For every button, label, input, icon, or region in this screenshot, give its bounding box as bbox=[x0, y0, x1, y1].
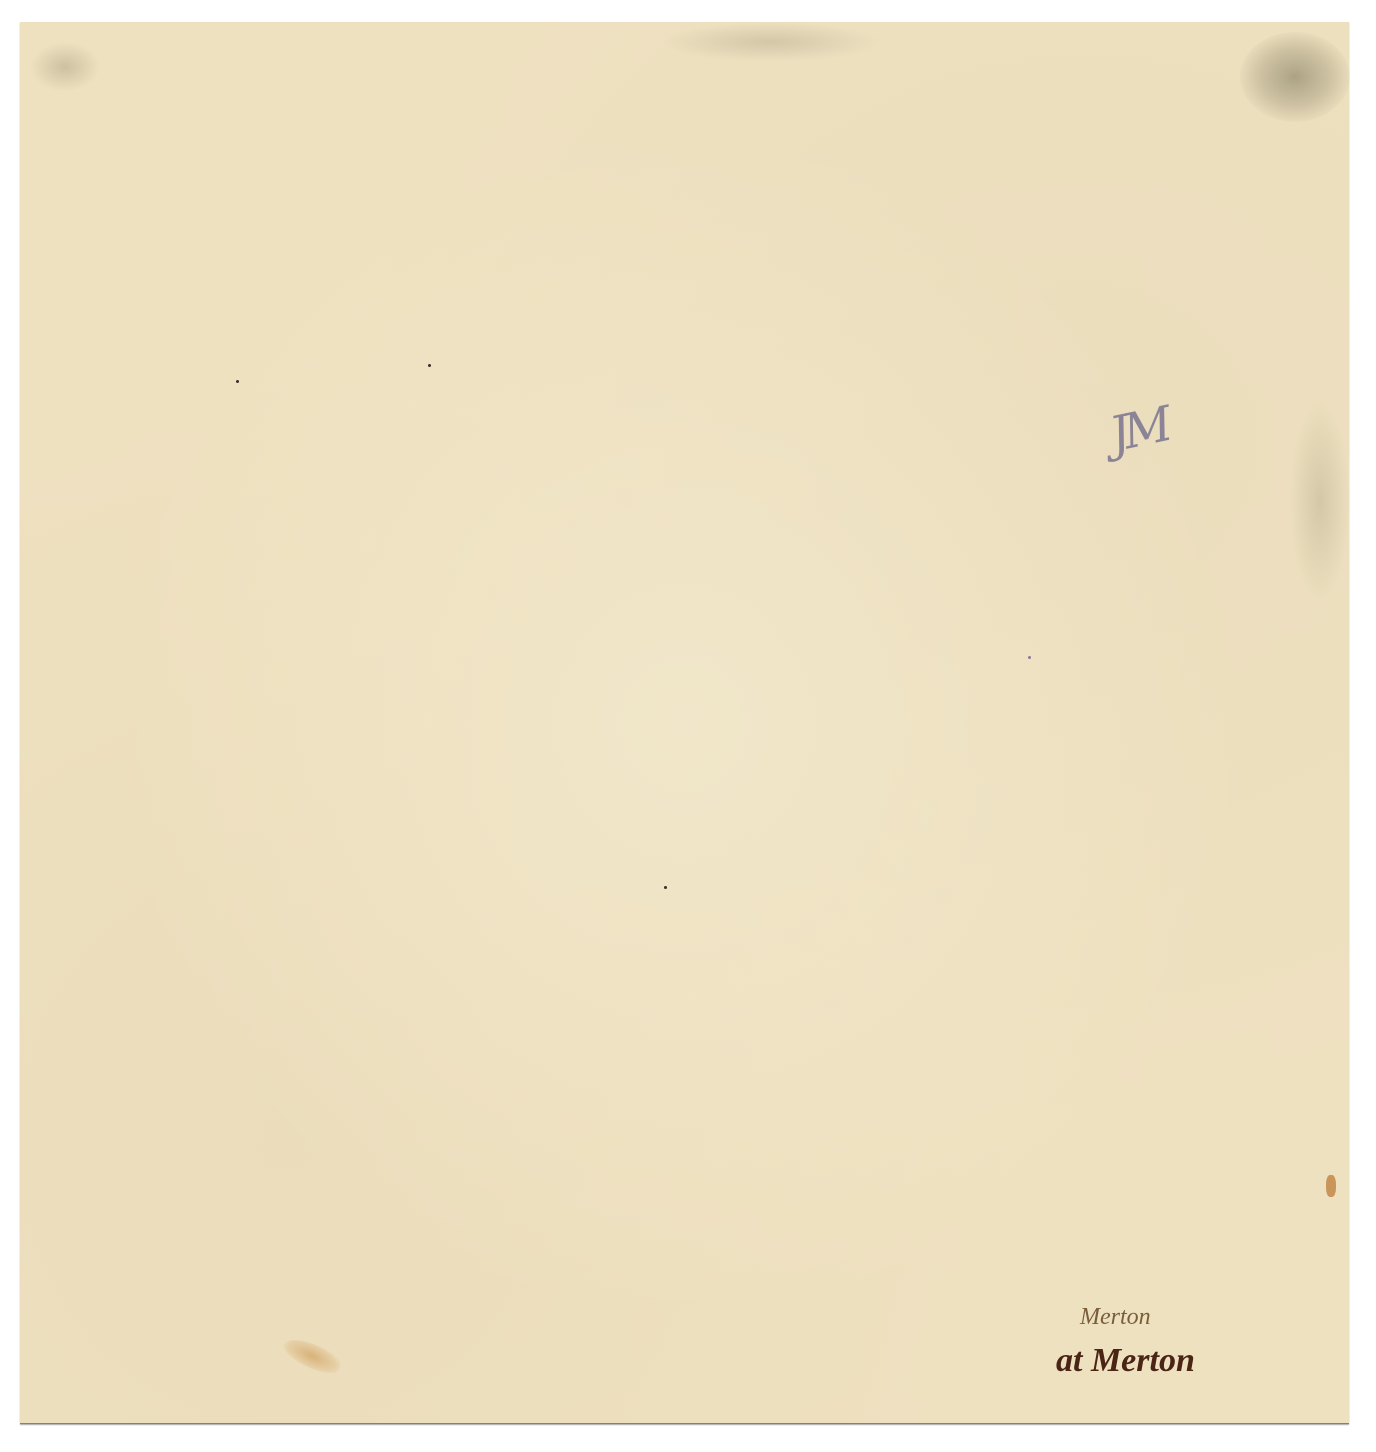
inscription-merton: Merton bbox=[1080, 1304, 1151, 1331]
water-stain-top-center bbox=[660, 22, 880, 62]
speck bbox=[1028, 656, 1031, 659]
speck bbox=[428, 364, 431, 367]
water-stain-top-left bbox=[30, 42, 100, 92]
water-stain-right-edge bbox=[1290, 402, 1350, 602]
foxing-spot-right bbox=[1326, 1175, 1336, 1197]
foxing-stain-bottom-left bbox=[280, 1332, 345, 1379]
paper-sheet: JM Merton at Merton bbox=[20, 22, 1349, 1424]
pencil-initials: JM bbox=[1105, 397, 1172, 464]
water-stain-top-right bbox=[1240, 32, 1350, 122]
speck bbox=[664, 886, 667, 889]
inscription-at-merton: at Merton bbox=[1056, 1342, 1195, 1380]
speck bbox=[236, 380, 239, 383]
